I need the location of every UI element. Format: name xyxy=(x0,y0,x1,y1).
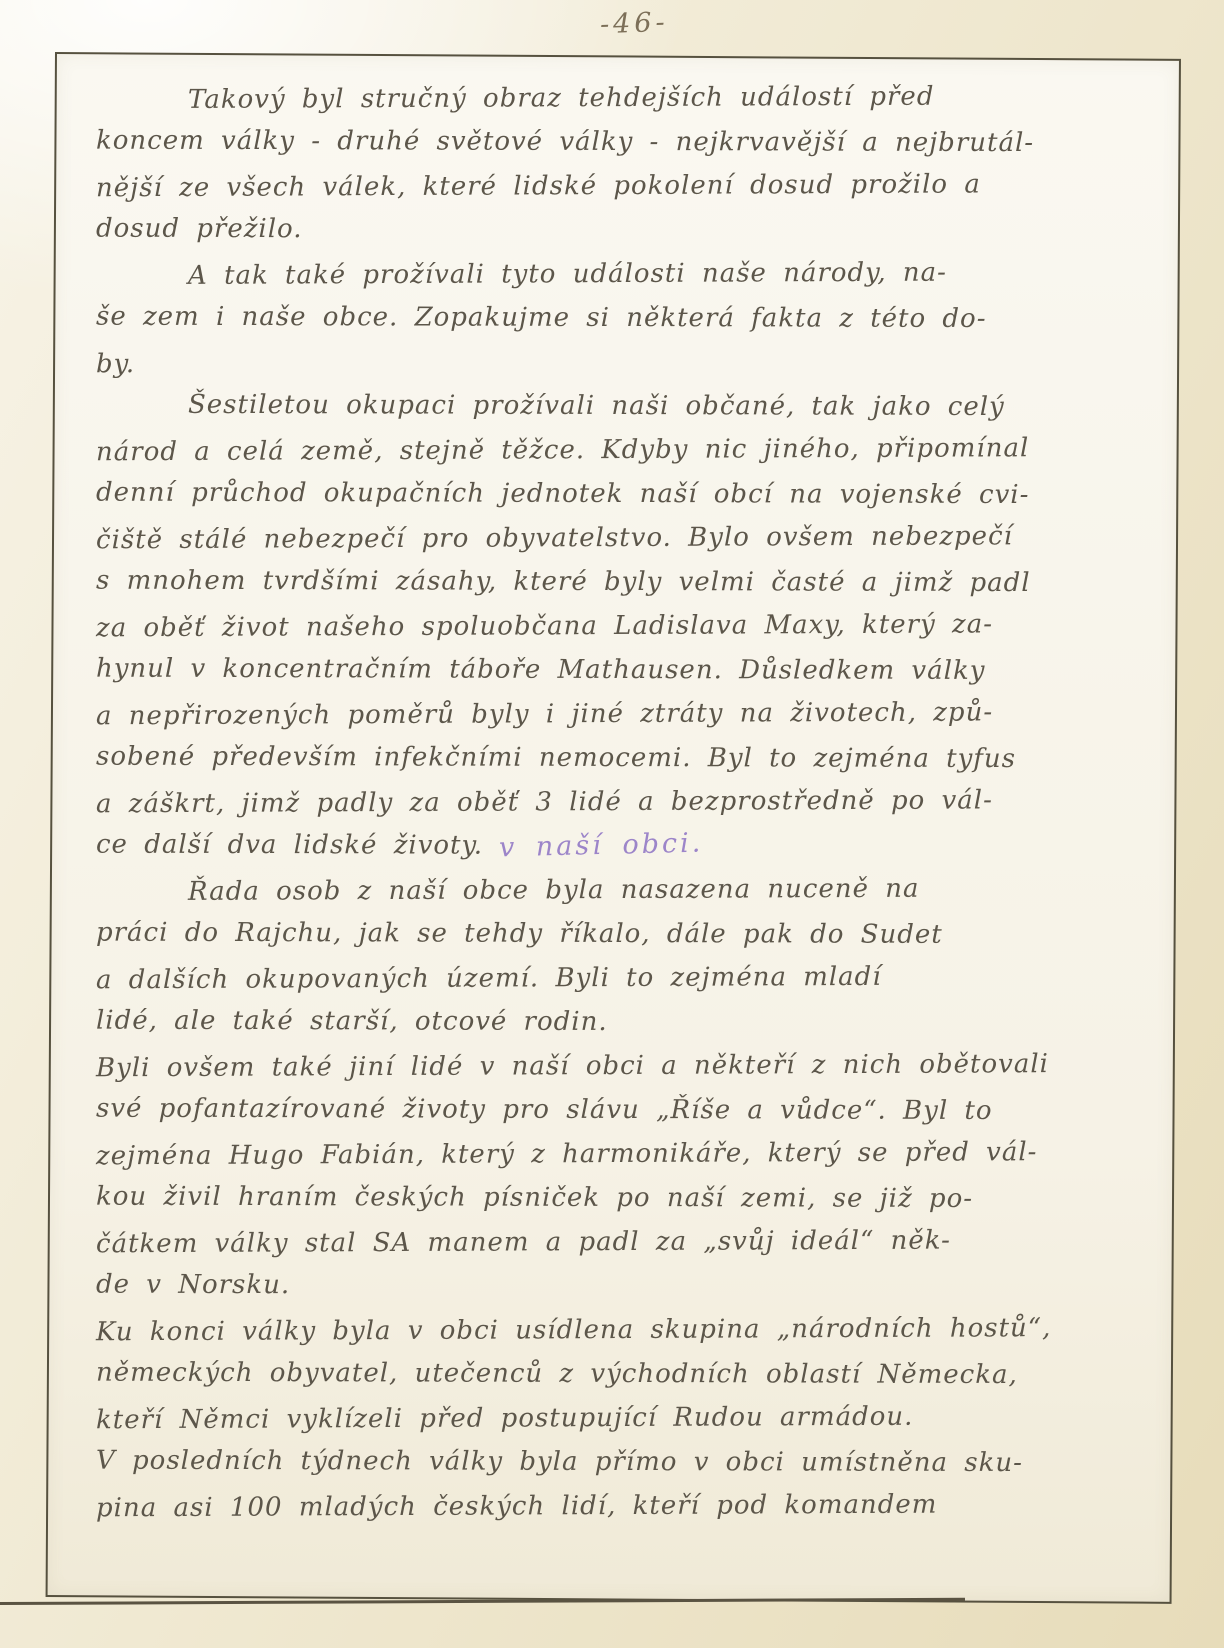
text-line: denní průchod okupačních jednotek naší o… xyxy=(96,471,1146,518)
text-line-content: V posledních týdnech války byla přímo v … xyxy=(96,1446,1023,1478)
text-line: nější ze všech válek, které lidské pokol… xyxy=(96,162,1146,211)
manuscript-text: Takový byl stručný obraz tehdejších udál… xyxy=(96,76,1146,1528)
text-line-content: sobené především infekčními nemocemi. By… xyxy=(96,742,1016,774)
text-line: dosud přežilo. xyxy=(96,207,1146,254)
text-line-content: kou živil hraním českých písniček po naš… xyxy=(96,1182,973,1214)
text-line: de v Norsku. xyxy=(96,1263,1146,1310)
text-line: kou živil hraním českých písniček po naš… xyxy=(96,1175,1146,1222)
text-line: Řada osob z naší obce byla nasazena nuce… xyxy=(96,866,1146,915)
text-line-content: čiště stálé nebezpečí pro obyvatelstvo. … xyxy=(96,521,1013,555)
text-line-content: ce další dva lidské životy. xyxy=(96,830,483,861)
page-number: -46- xyxy=(599,7,669,40)
text-line-content: de v Norsku. xyxy=(96,1270,290,1301)
text-line: V posledních týdnech války byla přímo v … xyxy=(96,1439,1146,1486)
text-line: čiště stálé nebezpečí pro obyvatelstvo. … xyxy=(96,514,1146,563)
text-line-content: denní průchod okupačních jednotek naší o… xyxy=(96,478,1029,510)
text-line-content: še zem i naše obce. Zopakujme si některá… xyxy=(96,302,987,334)
text-line: práci do Rajchu, jak se tehdy říkalo, dá… xyxy=(96,911,1146,958)
text-line-content: národ a celá země, stejně těžce. Kdyby n… xyxy=(96,433,1029,467)
inline-annotation: v naší obci. xyxy=(499,822,704,871)
text-line-content: a dalších okupovaných území. Byli to zej… xyxy=(96,962,882,995)
text-line: čátkem války stal SA manem a padl za „sv… xyxy=(96,1218,1146,1267)
text-line-content: Šestiletou okupaci prožívali naši občané… xyxy=(188,390,1005,422)
text-line-content: by. xyxy=(96,349,135,379)
text-line: své pofantazírované životy pro slávu „Ří… xyxy=(96,1087,1146,1134)
text-line: by. xyxy=(96,338,1146,387)
text-line-content: za oběť život našeho spoluobčana Ladisla… xyxy=(96,609,993,643)
text-line-content: své pofantazírované životy pro slávu „Ří… xyxy=(96,1094,993,1126)
text-line: a dalších okupovaných území. Byli to zej… xyxy=(96,954,1146,1003)
text-line: kteří Němci vyklízeli před postupující R… xyxy=(96,1394,1146,1443)
text-line-content: Ku konci války byla v obci usídlena skup… xyxy=(96,1313,1051,1347)
text-line: sobené především infekčními nemocemi. By… xyxy=(96,735,1146,782)
text-line-content: dosud přežilo. xyxy=(96,214,303,245)
text-line-content: pina asi 100 mladých českých lidí, kteří… xyxy=(96,1490,938,1524)
text-line: koncem války - druhé světové války - nej… xyxy=(96,119,1146,166)
text-line: německých obyvatel, utečenců z východníc… xyxy=(96,1351,1146,1398)
scanned-page: { "page": { "number": "-46-" }, "colors"… xyxy=(0,0,1224,1648)
text-line: ce další dva lidské životy.v naší obci. xyxy=(96,823,1146,870)
text-line: Šestiletou okupaci prožívali naši občané… xyxy=(96,383,1146,430)
text-line: a záškrt, jimž padly za oběť 3 lidé a be… xyxy=(96,778,1146,827)
text-line-content: čátkem války stal SA manem a padl za „sv… xyxy=(96,1226,951,1260)
text-line: lidé, ale také starší, otcové rodin. xyxy=(96,999,1146,1046)
text-line: národ a celá země, stejně těžce. Kdyby n… xyxy=(96,426,1146,475)
text-line-content: zejména Hugo Fabián, který z harmonikáře… xyxy=(96,1137,1038,1171)
text-line-content: A tak také prožívali tyto události naše … xyxy=(188,258,947,291)
text-line-content: a nepřirozených poměrů byly i jiné ztrát… xyxy=(96,697,993,731)
text-line: še zem i naše obce. Zopakujme si některá… xyxy=(96,295,1146,342)
text-line-content: hynul v koncentračním táboře Mathausen. … xyxy=(96,654,985,686)
text-line: hynul v koncentračním táboře Mathausen. … xyxy=(96,647,1146,694)
text-line-content: lidé, ale také starší, otcové rodin. xyxy=(96,1006,608,1037)
text-line: zejména Hugo Fabián, který z harmonikáře… xyxy=(96,1130,1146,1179)
text-line: Ku konci války byla v obci usídlena skup… xyxy=(96,1306,1146,1355)
text-line-content: práci do Rajchu, jak se tehdy říkalo, dá… xyxy=(96,918,943,950)
text-line: Takový byl stručný obraz tehdejších udál… xyxy=(96,74,1146,123)
manuscript-lines: Takový byl stručný obraz tehdejších udál… xyxy=(96,76,1146,1528)
text-line-content: Řada osob z naší obce byla nasazena nuce… xyxy=(188,874,920,907)
text-line-content: s mnohem tvrdšími zásahy, které byly vel… xyxy=(96,566,1031,598)
text-line: a nepřirozených poměrů byly i jiné ztrát… xyxy=(96,690,1146,739)
text-line-content: nější ze všech válek, které lidské pokol… xyxy=(96,169,981,203)
text-line: pina asi 100 mladých českých lidí, kteří… xyxy=(96,1482,1146,1531)
text-line-content: německých obyvatel, utečenců z východníc… xyxy=(96,1358,1018,1390)
text-line: Byli ovšem také jiní lidé v naší obci a … xyxy=(96,1042,1146,1091)
text-line: s mnohem tvrdšími zásahy, které byly vel… xyxy=(96,559,1146,606)
text-line: za oběť život našeho spoluobčana Ladisla… xyxy=(96,602,1146,651)
text-line: A tak také prožívali tyto události naše … xyxy=(96,250,1146,299)
text-line-content: a záškrt, jimž padly za oběť 3 lidé a be… xyxy=(96,785,993,819)
text-line-content: koncem války - druhé světové války - nej… xyxy=(96,126,1034,158)
text-line-content: Byli ovšem také jiní lidé v naší obci a … xyxy=(96,1049,1049,1083)
text-line-content: kteří Němci vyklízeli před postupující R… xyxy=(96,1402,914,1436)
text-line-content: Takový byl stručný obraz tehdejších udál… xyxy=(188,82,935,115)
